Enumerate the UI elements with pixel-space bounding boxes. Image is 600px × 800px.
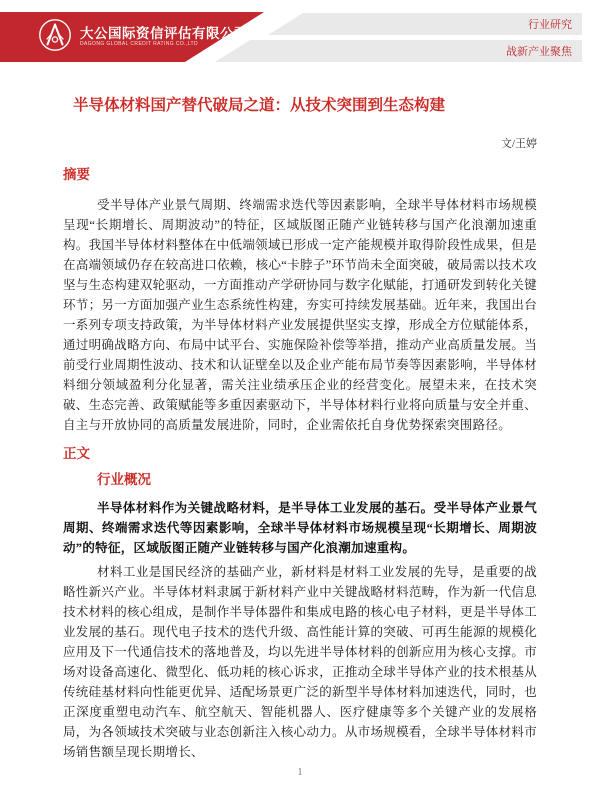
lead-paragraph: 半导体材料作为关键战略材料，是半导体工业发展的基石。受半导体产业景气周期、终端需… xyxy=(63,498,537,558)
company-name-en: DAGONG GLOBAL CREDIT RATING CO.,LTD xyxy=(80,41,248,48)
page-number: 1 xyxy=(0,767,600,778)
body-heading: 正文 xyxy=(63,445,537,462)
company-name-cn: 大公国际资信评估有限公司 xyxy=(80,26,248,41)
section-heading-industry-overview: 行业概况 xyxy=(97,471,537,488)
article-content: 半导体材料国产替代破局之道：从技术突围到生态构建 文/王婷 摘要 受半导体产业景… xyxy=(63,96,537,762)
header-banner: 大公国际资信评估有限公司 DAGONG GLOBAL CREDIT RATING… xyxy=(0,12,264,62)
tag-industry-research-label: 行业研究 xyxy=(528,16,572,32)
body-paragraph: 材料工业是国民经济的基础产业，新材料是材料工业发展的先导，是重要的战略性新兴产业… xyxy=(63,562,537,762)
tag-strategic-industry-focus: 战新产业聚焦 xyxy=(215,40,582,62)
company-name-block: 大公国际资信评估有限公司 DAGONG GLOBAL CREDIT RATING… xyxy=(80,26,248,48)
dagong-emblem-icon xyxy=(38,18,72,57)
abstract-paragraph: 受半导体产业景气周期、终端需求迭代等因素影响，全球半导体材料市场规模呈现“长期增… xyxy=(63,195,537,435)
abstract-heading: 摘要 xyxy=(63,166,537,183)
tag-strategic-industry-focus-label: 战新产业聚焦 xyxy=(506,43,572,59)
tag-industry-research: 行业研究 xyxy=(268,13,582,35)
article-title: 半导体材料国产替代破局之道：从技术突围到生态构建 xyxy=(63,96,537,116)
article-byline: 文/王婷 xyxy=(63,138,537,151)
report-page: 大公国际资信评估有限公司 DAGONG GLOBAL CREDIT RATING… xyxy=(0,0,600,800)
